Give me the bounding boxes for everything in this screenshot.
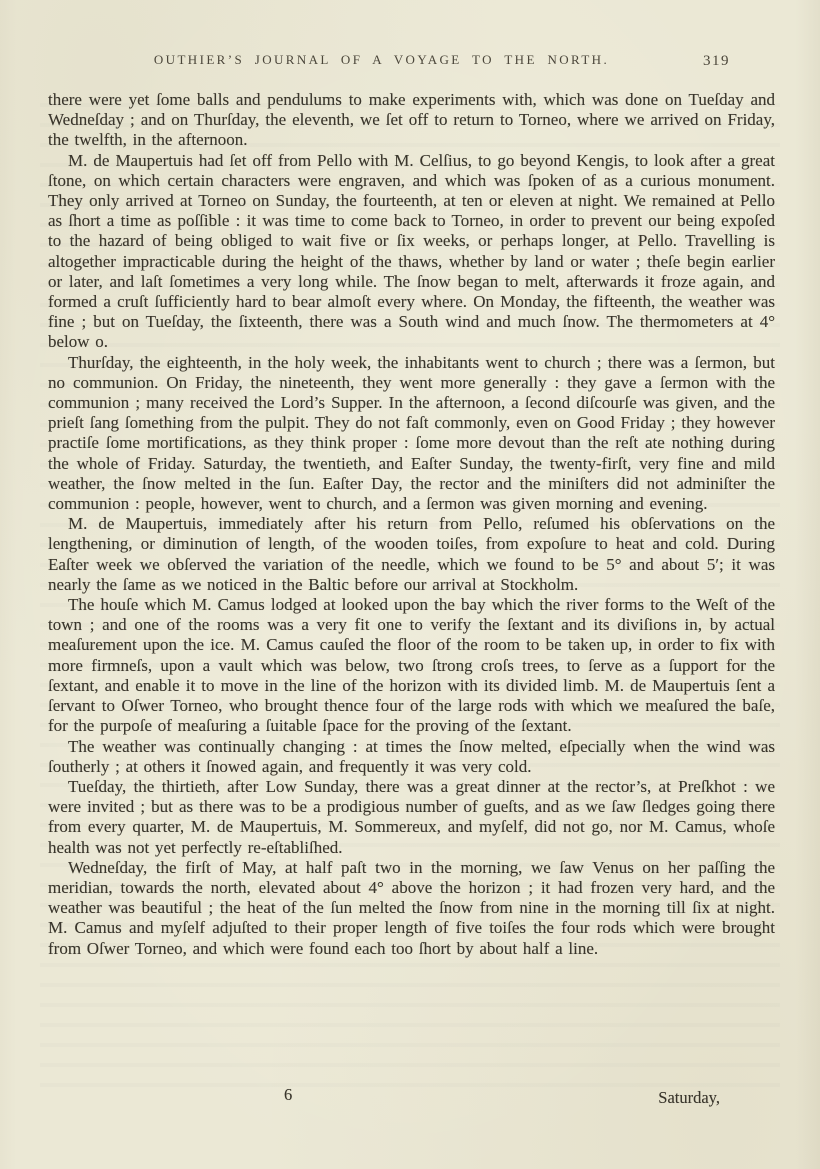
body-paragraph: M. de Maupertuis, immediately after his …	[48, 514, 775, 595]
running-title: OUTHIER’S JOURNAL OF A VOYAGE TO THE NOR…	[48, 52, 775, 68]
body-paragraph: The houſe which M. Camus lodged at looke…	[48, 595, 775, 736]
page-header: OUTHIER’S JOURNAL OF A VOYAGE TO THE NOR…	[48, 52, 775, 72]
page-number: 319	[703, 53, 730, 70]
body-text: there were yet ſome balls and pendulums …	[48, 90, 775, 959]
body-paragraph: Tueſday, the thirtieth, after Low Sunday…	[48, 777, 775, 858]
book-page-scan: OUTHIER’S JOURNAL OF A VOYAGE TO THE NOR…	[0, 0, 820, 1169]
body-paragraph: there were yet ſome balls and pendulums …	[48, 90, 775, 151]
signature-mark: 6	[284, 1085, 292, 1105]
body-paragraph: M. de Maupertuis had ſet off from Pello …	[48, 151, 775, 353]
page-footer: 6 Saturday,	[48, 1085, 775, 1107]
body-paragraph: Thurſday, the eighteenth, in the holy we…	[48, 353, 775, 515]
body-paragraph: The weather was continually changing : a…	[48, 737, 775, 777]
catchword: Saturday,	[658, 1088, 720, 1108]
body-paragraph: Wedneſday, the firſt of May, at half paſ…	[48, 858, 775, 959]
